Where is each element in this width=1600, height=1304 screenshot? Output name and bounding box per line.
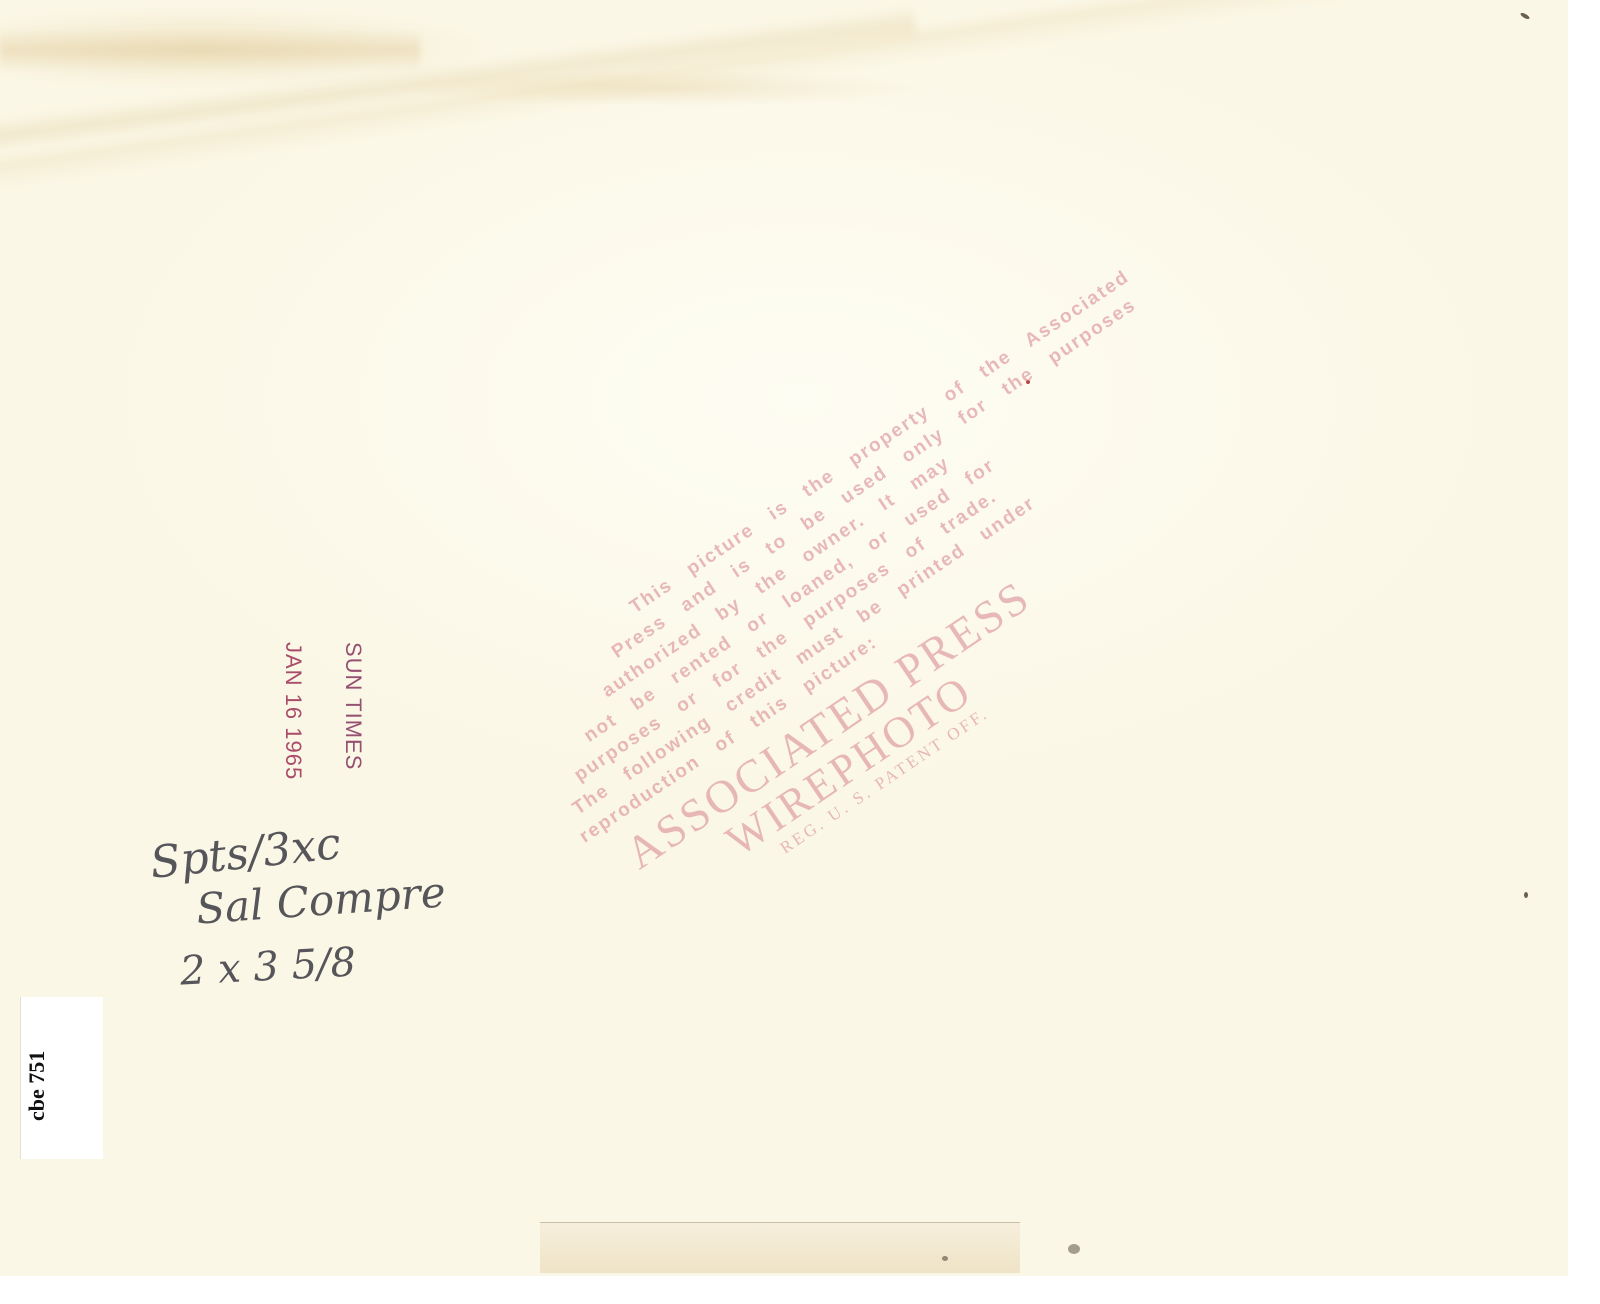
handwritten-note-3: 2 x 3 5/8 [179, 939, 357, 994]
speck [1524, 892, 1528, 898]
speck [1068, 1244, 1080, 1254]
bottom-tape-strip [540, 1222, 1020, 1273]
tape-stain-top [0, 30, 420, 70]
archive-label-code: cbe 751 [24, 1051, 50, 1121]
publication-stamp: SUN TIMES [340, 642, 366, 770]
speck [942, 1256, 948, 1261]
date-stamp: JAN 16 1965 [280, 642, 306, 780]
